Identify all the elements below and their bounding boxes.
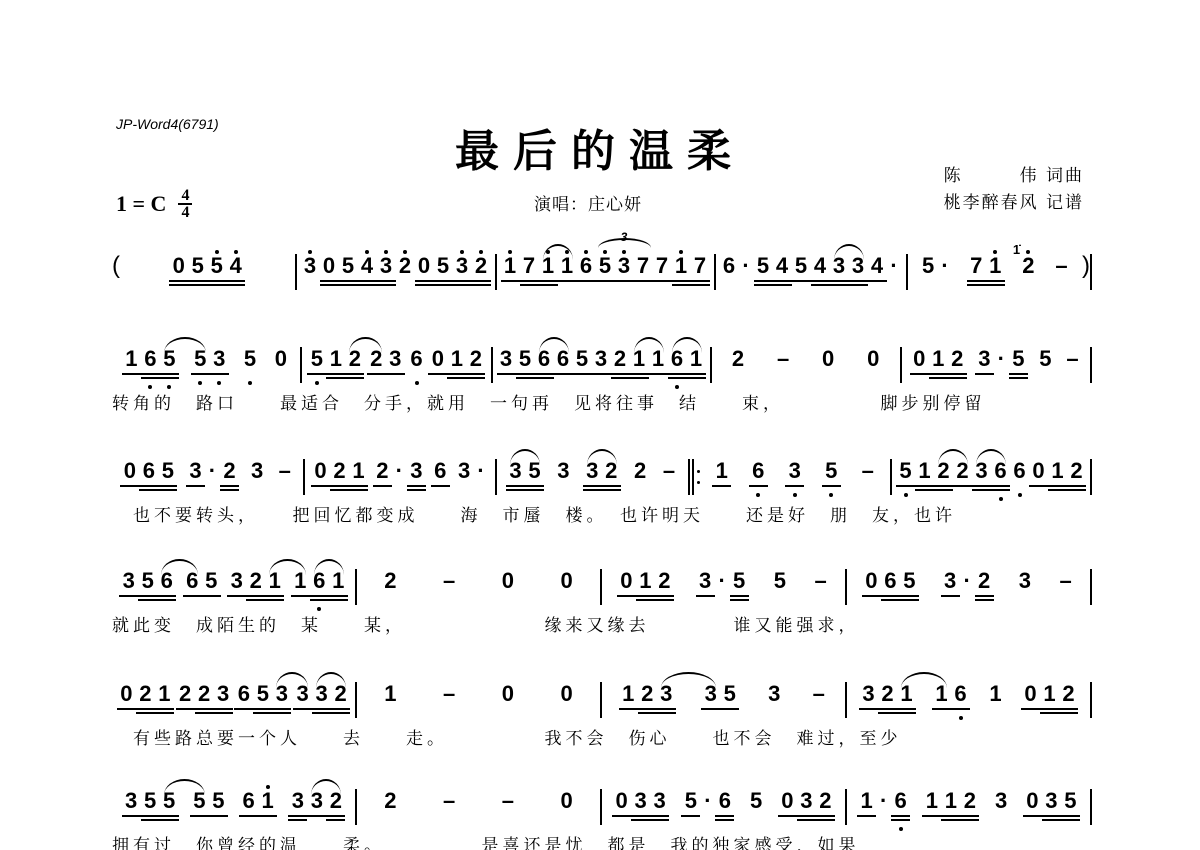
note: 5	[681, 787, 700, 827]
note-group: –	[809, 680, 828, 720]
note: 6	[749, 457, 768, 497]
note: 2	[975, 567, 994, 607]
note: 6	[141, 345, 160, 385]
measure: 0653·23–	[112, 445, 303, 497]
underline	[972, 485, 991, 487]
underline	[773, 280, 792, 282]
note: 6	[535, 345, 554, 385]
underline	[472, 280, 491, 282]
underline	[792, 280, 811, 282]
note-group: 3·2	[941, 567, 994, 607]
underline	[1059, 712, 1078, 714]
augmentation-dot: ·	[739, 252, 754, 292]
note-group: 033	[612, 787, 669, 827]
note: 2	[638, 680, 657, 720]
note-group: 032	[778, 787, 835, 827]
underline	[176, 708, 195, 710]
note: 1	[326, 345, 345, 385]
underline	[1061, 815, 1080, 817]
note: 6	[668, 345, 687, 385]
note: 3	[797, 787, 816, 827]
note: 1	[636, 567, 655, 607]
note: 1	[329, 567, 348, 607]
note: 5	[158, 457, 177, 497]
note: 2	[136, 680, 155, 720]
note: 3	[248, 457, 267, 497]
note-group: 332	[293, 680, 350, 720]
underline	[631, 819, 650, 821]
underline	[1048, 489, 1067, 491]
note: 3	[497, 345, 516, 385]
underline	[120, 485, 139, 487]
underline	[672, 280, 691, 282]
underline	[960, 815, 979, 817]
note-group: 5373	[596, 252, 653, 292]
note-group: 61	[239, 787, 277, 827]
underline	[169, 284, 188, 286]
underline	[859, 708, 878, 710]
note: 3	[650, 787, 669, 827]
measure: 0653·23–	[847, 555, 1090, 607]
note-group: 2	[729, 345, 748, 385]
underline	[715, 815, 734, 817]
note: 2	[729, 345, 748, 385]
note: 1	[630, 345, 649, 385]
underline	[345, 373, 364, 375]
measure: 1–00	[357, 668, 600, 720]
note: 3	[301, 252, 320, 292]
underline	[535, 373, 554, 375]
note-group: 356	[119, 567, 176, 607]
note-group: 16	[558, 252, 596, 292]
grace-note: 1̇	[1013, 236, 1020, 264]
underline	[573, 373, 592, 375]
octave-down-dot	[793, 493, 797, 497]
lyrics-line: 拥有过 你曾经的温 柔。 是喜还是忧 都是 我的独家感受，如果	[112, 831, 1092, 850]
underline	[592, 373, 611, 375]
octave-down-dot	[959, 716, 963, 720]
note: 0	[1023, 787, 1042, 827]
underline	[611, 377, 630, 379]
lyrics-line: 就此变 成陌生的 某 某， 缘来又缘去 谁又能强求，	[112, 611, 1092, 635]
octave-up-dot	[546, 250, 550, 254]
note: 6	[310, 567, 329, 607]
note: 1	[381, 680, 400, 720]
repeat-bar	[688, 459, 690, 495]
underline	[653, 280, 672, 282]
note: 0	[320, 252, 339, 292]
underline	[188, 284, 207, 286]
augmentation-dot: ·	[876, 787, 891, 827]
note-group: 021	[311, 457, 368, 497]
note-group: 21̇	[1019, 252, 1038, 292]
octave-up-dot	[234, 250, 238, 254]
underline	[272, 712, 291, 714]
underline	[668, 373, 687, 375]
note: 3	[455, 457, 474, 497]
augmentation-dot: ·	[960, 567, 975, 607]
underline	[612, 815, 631, 817]
underline	[207, 280, 226, 282]
note: 5	[188, 252, 207, 292]
note: 3	[785, 457, 804, 497]
note: 0	[557, 567, 576, 607]
note: 3	[312, 680, 331, 720]
note: 3	[701, 680, 720, 720]
underline	[1067, 485, 1086, 487]
note-group: 5	[822, 457, 841, 497]
note-group: 112	[922, 787, 979, 827]
note-group: 16	[932, 680, 970, 720]
note: 5	[900, 567, 919, 607]
note: 1	[922, 787, 941, 827]
note: 3	[941, 567, 960, 607]
note-group: 012	[428, 345, 485, 385]
underline	[929, 377, 948, 379]
note-group: 021	[117, 680, 174, 720]
underline	[447, 377, 466, 379]
note-group: 2	[381, 787, 400, 827]
notes-row: 0653·23–0212·363·353322–1635–5122366012	[112, 445, 1092, 497]
note: 21̇	[1019, 252, 1038, 292]
octave-up-dot	[622, 250, 626, 254]
octave-down-dot	[904, 493, 908, 497]
transcriber-credit: 桃李醉春风 记谱	[944, 190, 1084, 217]
note-group: 5·	[919, 252, 953, 292]
note-group: 321	[859, 680, 916, 720]
measure: 0212·363·	[305, 445, 496, 497]
note: 1	[672, 252, 691, 292]
dash-extension: –	[660, 457, 679, 497]
dash-extension: –	[498, 787, 517, 827]
underline	[339, 284, 358, 286]
note: 2	[331, 680, 350, 720]
score-line: 356653211612–000123·55–0653·23–就此变 成陌生的 …	[112, 555, 1092, 635]
note: 1	[1040, 680, 1059, 720]
underline	[1048, 485, 1067, 487]
note-group: 1·6	[857, 787, 910, 827]
note-group: 1	[986, 680, 1005, 720]
note: 2	[195, 680, 214, 720]
note: 3	[992, 787, 1011, 827]
underline	[900, 599, 919, 601]
measure: 171165373717	[497, 240, 714, 292]
underline	[655, 595, 674, 597]
note: 2	[381, 567, 400, 607]
note: 1	[258, 787, 277, 827]
underline	[122, 373, 141, 375]
note: 2	[326, 787, 345, 827]
underline	[630, 377, 649, 379]
note: 0	[617, 567, 636, 607]
underline	[330, 489, 349, 491]
underline	[941, 595, 960, 597]
note-group: 012	[617, 567, 674, 607]
underline	[691, 280, 710, 282]
underline	[896, 485, 915, 487]
note: 5	[339, 252, 358, 292]
underline	[377, 280, 396, 282]
underline	[288, 819, 307, 821]
octave-down-dot	[1018, 493, 1022, 497]
underline	[136, 708, 155, 710]
octave-down-dot	[315, 381, 319, 385]
note-group: 065	[862, 567, 919, 607]
underline	[583, 489, 602, 491]
underline	[535, 377, 554, 379]
lyricist-composer-credit: 陈 伟 词曲	[944, 163, 1084, 190]
augmentation-dot: ·	[392, 457, 407, 497]
underline	[288, 815, 307, 817]
open-paren: (	[112, 252, 120, 280]
note: 3	[657, 680, 676, 720]
note: 3	[615, 252, 634, 292]
note: 1	[619, 680, 638, 720]
octave-up-dot	[679, 250, 683, 254]
note: 5	[919, 252, 938, 292]
underline	[687, 377, 706, 379]
note: 5	[138, 567, 157, 607]
note: 3	[377, 252, 396, 292]
underline	[657, 712, 676, 714]
note: 2	[934, 457, 953, 497]
end-barline	[1090, 789, 1092, 825]
measure: 353322–	[497, 445, 688, 497]
note: 0	[498, 567, 517, 607]
measure: 2–00	[712, 333, 900, 385]
underline	[501, 280, 520, 282]
note: 2	[611, 345, 630, 385]
note: 2	[960, 787, 979, 827]
underline	[1021, 708, 1040, 710]
note: 0	[557, 787, 576, 827]
measure: 1655350	[112, 333, 300, 385]
octave-up-dot	[460, 250, 464, 254]
note: 2	[373, 457, 392, 497]
note: 7	[967, 252, 986, 292]
dash-extension: –	[811, 567, 830, 607]
end-barline	[1090, 459, 1092, 495]
score-line: 0212236533321–00123353–321161012 有些路总要一个…	[112, 668, 1092, 748]
note: 5	[190, 787, 209, 827]
underline	[349, 489, 368, 491]
note: 0	[428, 345, 447, 385]
underline	[516, 377, 535, 379]
underline	[948, 377, 967, 379]
note-group: 0532	[415, 252, 491, 292]
note-group: 3	[765, 680, 784, 720]
note-group: 161	[291, 567, 348, 607]
note: 1	[1048, 457, 1067, 497]
note: 2	[330, 457, 349, 497]
underline	[975, 599, 994, 601]
underline	[539, 280, 558, 282]
note: 3	[272, 680, 291, 720]
note: 2	[396, 252, 415, 292]
underline	[932, 708, 951, 710]
note: 2	[472, 252, 491, 292]
notes-row: 356653211612–000123·55–0653·23–	[112, 555, 1092, 607]
underline	[431, 485, 450, 487]
underline	[141, 819, 160, 821]
octave-up-dot	[308, 250, 312, 254]
underline	[160, 815, 179, 817]
underline	[497, 373, 516, 375]
note: 3	[972, 457, 991, 497]
note: 1	[941, 787, 960, 827]
underline	[141, 815, 160, 817]
underline	[466, 373, 485, 375]
note-group: 2	[396, 252, 415, 292]
note-group: –	[660, 457, 679, 497]
note: 3	[975, 345, 994, 385]
underline	[119, 595, 138, 597]
note: 5	[1061, 787, 1080, 827]
underline	[650, 815, 669, 817]
note-group: 0	[557, 680, 576, 720]
note: 5	[207, 252, 226, 292]
score-line: (055430543205321711653737176·5454334·5·7…	[112, 240, 1092, 320]
note: 1	[447, 345, 466, 385]
underline	[434, 284, 453, 286]
note: 5	[822, 457, 841, 497]
underline	[226, 280, 245, 282]
note: 3	[765, 680, 784, 720]
underline	[291, 595, 310, 597]
underline	[655, 599, 674, 601]
measure: 321161012	[847, 668, 1090, 720]
underline	[202, 595, 221, 597]
key-signature: 1 = C 4 4	[116, 188, 192, 220]
note: 1	[986, 680, 1005, 720]
underline	[619, 708, 638, 710]
note: 5	[141, 787, 160, 827]
note: 5	[525, 457, 544, 497]
octave-down-dot	[415, 381, 419, 385]
underline	[520, 284, 539, 286]
note-group: 012	[910, 345, 967, 385]
note: 3	[227, 567, 246, 607]
underline	[602, 489, 621, 491]
lyrics-line: 有些路总要一个人 去 走。 我不会 伤心 也不会 难过，至少	[112, 724, 1092, 748]
note: 6	[139, 457, 158, 497]
underline	[830, 284, 849, 286]
underline	[367, 373, 386, 375]
note-group: 512	[307, 345, 364, 385]
underline	[377, 284, 396, 286]
note-group: 717	[653, 252, 710, 292]
underline	[891, 815, 910, 817]
measure: 0335·65032	[602, 775, 845, 827]
note: 5	[434, 252, 453, 292]
underline	[554, 373, 573, 375]
note: 1	[915, 457, 934, 497]
octave-up-dot	[266, 785, 270, 789]
note-group: 1	[712, 457, 731, 497]
underline	[915, 485, 934, 487]
time-numerator: 4	[181, 188, 189, 203]
augmentation-dot: ·	[700, 787, 715, 827]
underline	[638, 708, 657, 710]
underline	[386, 373, 405, 375]
note-group: –	[1063, 345, 1082, 385]
note: 2	[655, 567, 674, 607]
note: 0	[612, 787, 631, 827]
note-group: 71	[967, 252, 1005, 292]
note-group: 171	[501, 252, 558, 292]
note: 0	[311, 457, 330, 497]
underline	[948, 373, 967, 375]
notes-row: 35555613322––00335·650321·61123035	[112, 775, 1092, 827]
note: 5	[191, 345, 210, 385]
underline	[636, 595, 655, 597]
note-group: 332	[288, 787, 345, 827]
augmentation-dot: ·	[994, 345, 1009, 385]
underline	[849, 284, 868, 286]
underline	[881, 599, 900, 601]
dash-extension: –	[1063, 345, 1082, 385]
note: 0	[778, 787, 797, 827]
underline	[986, 280, 1005, 282]
underline	[730, 599, 749, 601]
underline	[428, 373, 447, 375]
note: 5	[160, 787, 179, 827]
underline	[878, 712, 897, 714]
underline	[220, 489, 239, 491]
singer-credit: 演唱：庄心妍	[534, 190, 642, 215]
underline	[862, 595, 881, 597]
note: 5	[160, 345, 179, 385]
underline	[934, 485, 953, 487]
underline	[712, 485, 731, 487]
note-group: 65	[554, 345, 592, 385]
measure: 512236012	[302, 333, 490, 385]
dash-extension: –	[1052, 252, 1071, 292]
underline	[975, 595, 994, 597]
underline	[190, 815, 209, 817]
note: 2	[953, 457, 972, 497]
octave-down-dot	[217, 381, 221, 385]
underline	[1042, 815, 1061, 817]
measure: 1635–	[700, 445, 891, 497]
end-barline	[1090, 682, 1092, 718]
note-group: 3	[301, 252, 320, 292]
underline	[345, 377, 364, 379]
note-group: 3	[554, 457, 573, 497]
note-group: 012	[1029, 457, 1086, 497]
underline	[139, 489, 158, 491]
underline	[617, 595, 636, 597]
note: 2	[631, 457, 650, 497]
note-group: 3·2	[186, 457, 239, 497]
measure: 5·7121̇–	[908, 240, 1083, 292]
dash-extension: –	[440, 680, 459, 720]
underline	[158, 489, 177, 491]
note: 2	[220, 457, 239, 497]
note-group: 35	[506, 457, 544, 497]
note-group: 236	[953, 457, 1010, 497]
note: 3	[288, 787, 307, 827]
underline	[195, 712, 214, 714]
note-group: 6·	[720, 252, 754, 292]
note-group: 0543	[320, 252, 396, 292]
note: 3	[453, 252, 472, 292]
underline	[797, 819, 816, 821]
underline	[596, 280, 615, 282]
underline	[253, 708, 272, 710]
note-group: 32	[583, 457, 621, 497]
underline	[246, 599, 265, 601]
